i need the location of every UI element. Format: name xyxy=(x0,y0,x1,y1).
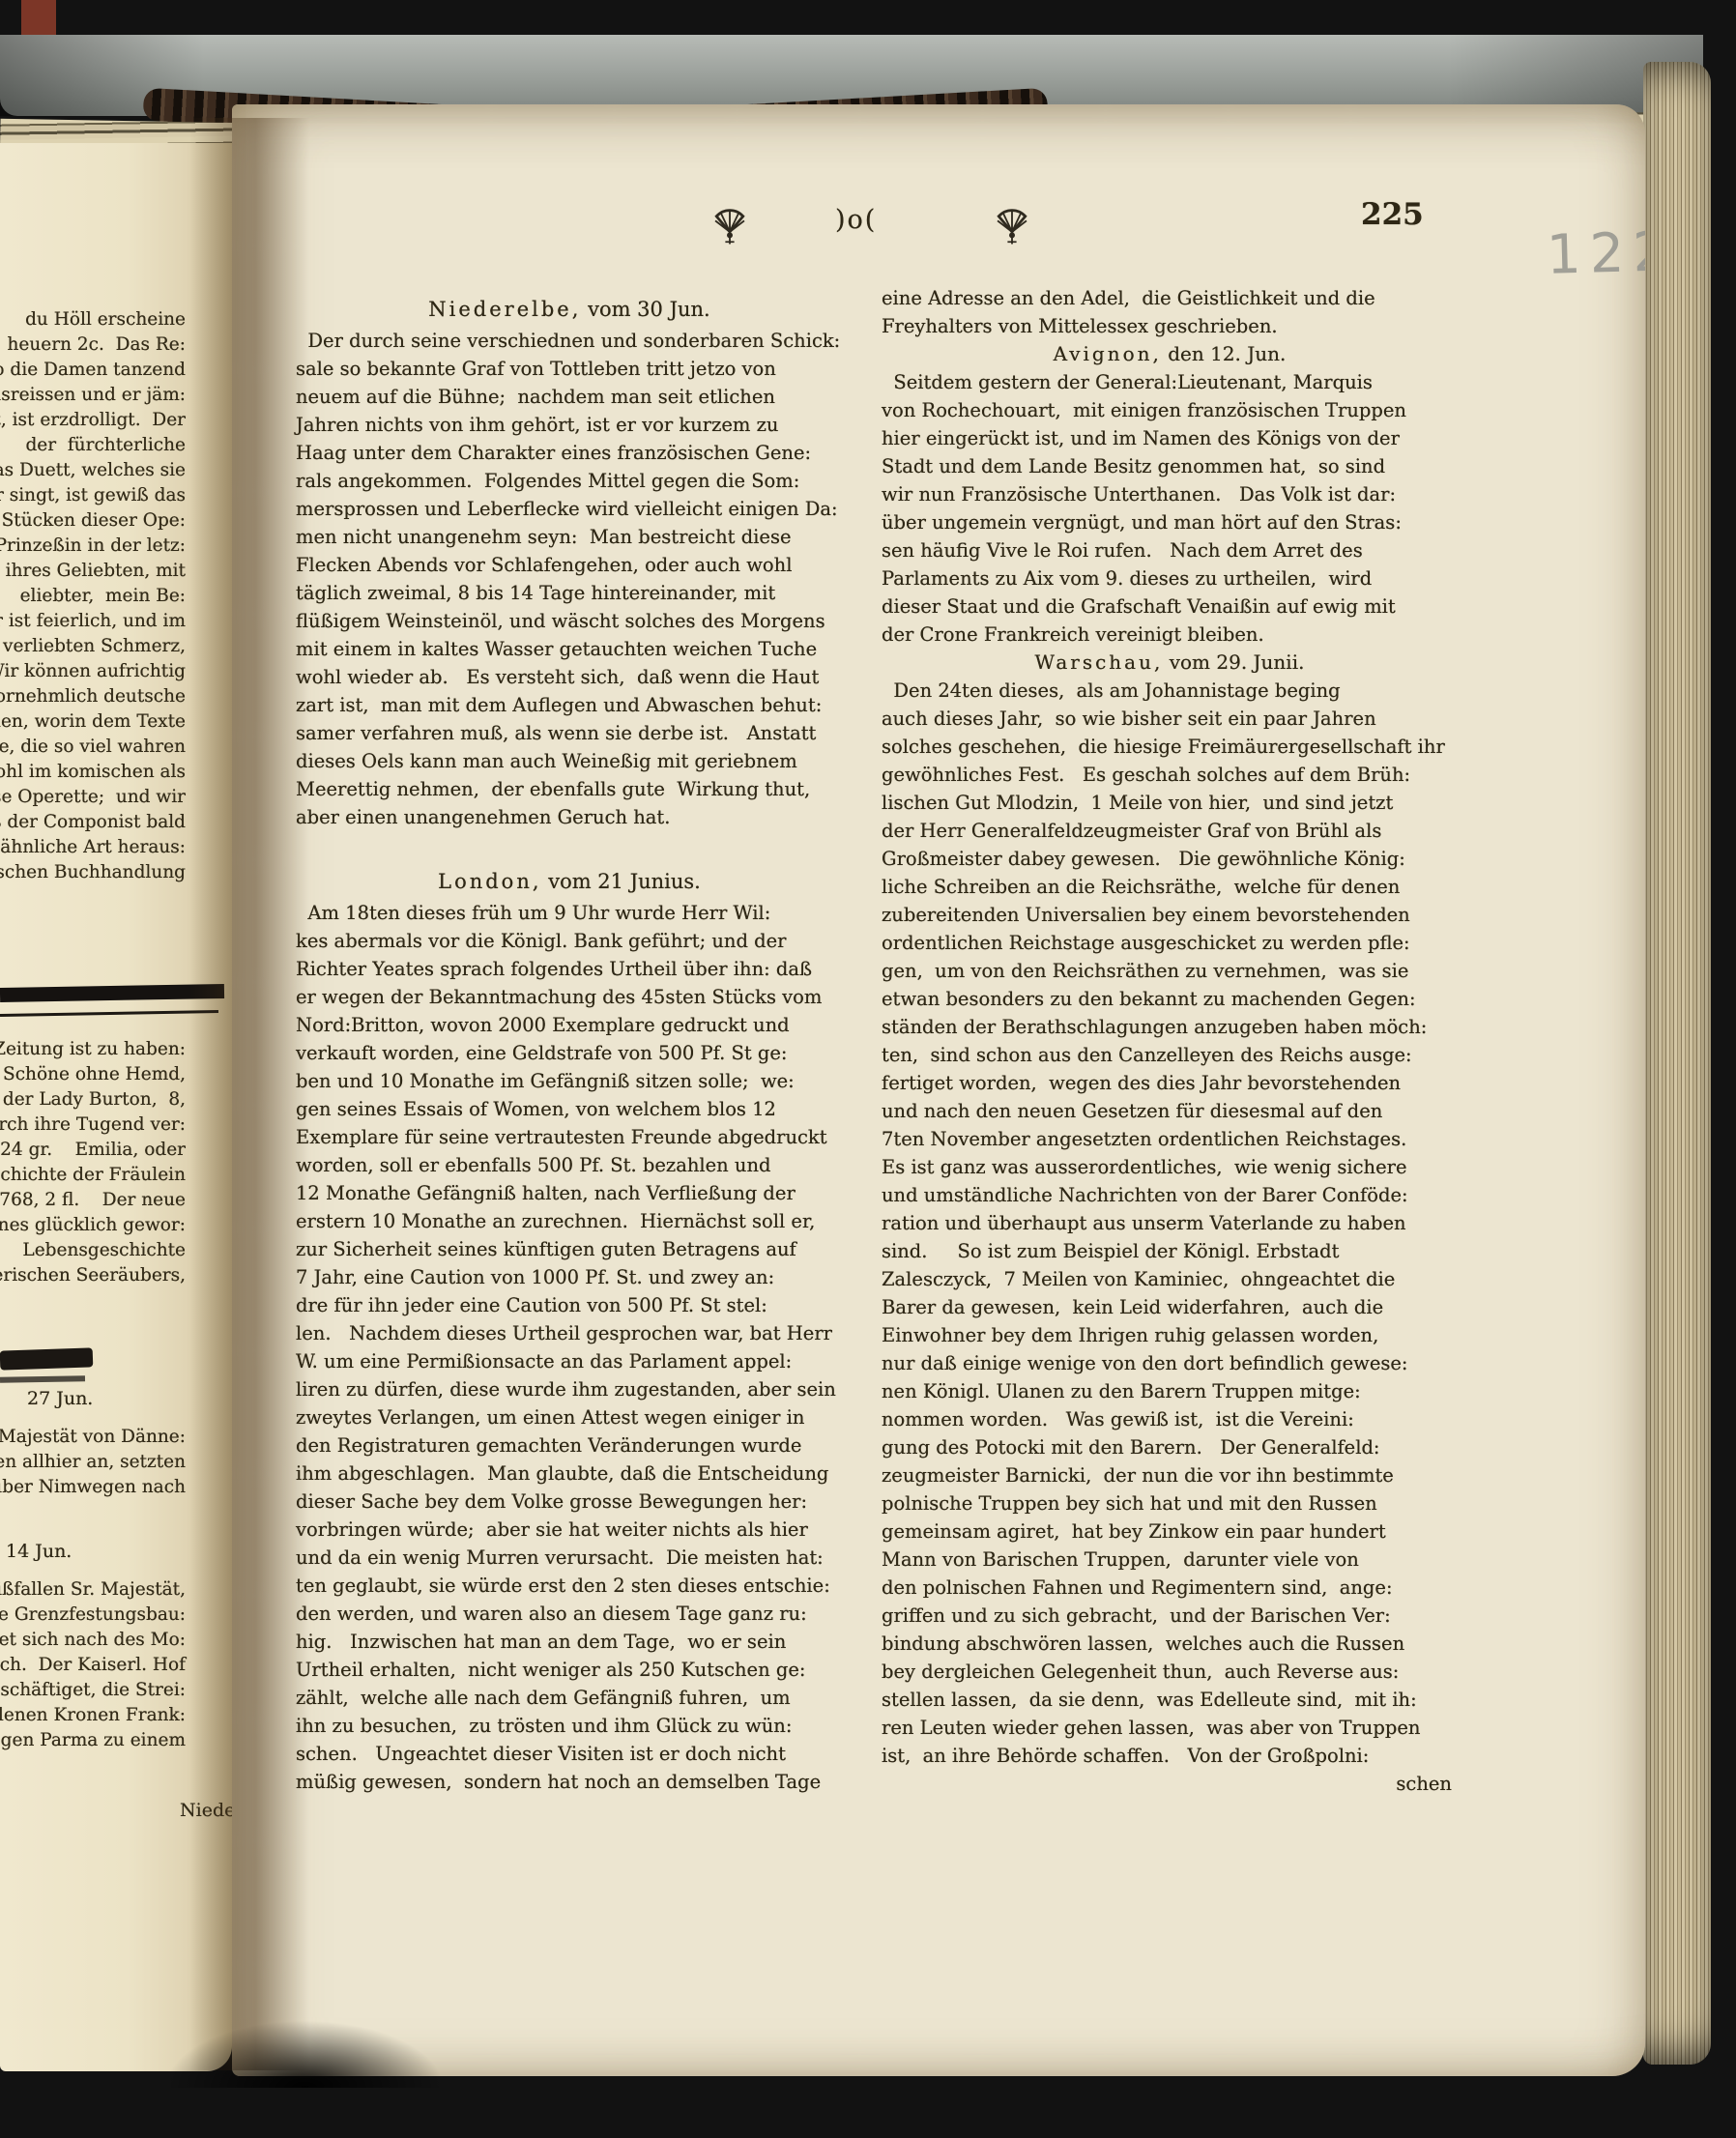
text-line: Den 24ten dieses, als am Johannistage be… xyxy=(882,677,1458,705)
text-line: eiet, ist erzdrolligt. Der xyxy=(0,408,186,433)
left-page-ad-block: r Zeitung ist zu haben:r die Schöne ohne… xyxy=(0,1037,186,1288)
text-line: solches geschehen, die hiesige Freimäure… xyxy=(882,733,1458,761)
text-line: sale so bekannte Graf von Tottleben trit… xyxy=(296,355,843,383)
text-line: Großmeister dabey gewesen. Die gewöhnlic… xyxy=(882,845,1458,873)
text-line: flüßigem Weinsteinöl, und wäscht solches… xyxy=(296,607,843,635)
text-line: der Crone Frankreich vereinigt bleiben. xyxy=(882,621,1458,649)
text-line: neuem auf die Bühne; nachdem man seit et… xyxy=(296,383,843,411)
text-line: nommen worden. Was gewiß ist, ist die Ve… xyxy=(882,1405,1458,1433)
dateline-date: den 12. Jun. xyxy=(1162,342,1287,365)
text-line: e Prinzeßin in der letz: xyxy=(0,534,186,559)
printer-shell-ornament-icon xyxy=(990,203,1034,247)
text-line: me ihres Geliebten, mit xyxy=(0,559,186,584)
text-line: daß der Componist bald xyxy=(0,810,186,835)
text-line: n eines glücklich gewor: xyxy=(0,1213,186,1238)
text-line: ten, sind schon aus den Canzelleyen des … xyxy=(882,1041,1458,1069)
dateline-14-jun: 14 Jun. xyxy=(6,1541,72,1562)
text-line: Exemplare für seine vertrautesten Freund… xyxy=(296,1123,843,1151)
dateline-place: Warschau, xyxy=(1035,650,1164,674)
text-line: findet sich nach des Mo: xyxy=(0,1628,186,1653)
text-line: Haag unter dem Charakter eines französis… xyxy=(296,439,843,467)
text-line: tter singt, ist gewiß das xyxy=(0,483,186,508)
text-line: len. Nachdem dieses Urtheil gesprochen w… xyxy=(296,1319,843,1347)
article-paragraph: Seitdem gestern der General:Lieutenant, … xyxy=(882,368,1458,649)
text-line: k beschäftiget, die Strei: xyxy=(0,1678,186,1703)
text-line: lgierischen Seeräubers, xyxy=(0,1263,186,1288)
text-line: der fürchterliche xyxy=(0,433,186,458)
text-line: Parlaments zu Aix vom 9. dieses zu urthe… xyxy=(882,564,1458,592)
text-line: ißfallen Sr. Majestät, xyxy=(0,1577,186,1603)
dateline-heading-london: London, vom 21 Junius. xyxy=(296,868,843,898)
text-line: Einwohner bey dem Ihrigen ruhig gelassen… xyxy=(882,1321,1458,1349)
text-line: müßig gewesen, sondern hat noch an demse… xyxy=(296,1768,843,1796)
text-line: 12 Monathe Gefängniß halten, nach Verfli… xyxy=(296,1179,843,1207)
scanned-book-photo: du Höll erscheineheuern 2c. Das Re:wo di… xyxy=(0,0,1736,2138)
text-line: or ist feierlich, und im xyxy=(0,609,186,634)
article-paragraph: Den 24ten dieses, als am Johannistage be… xyxy=(882,677,1458,1770)
text-line: en verliebten Schmerz, xyxy=(0,634,186,659)
text-line: zählt, welche alle nach dem Gefängniß fu… xyxy=(296,1684,843,1712)
text-line: l. Majestät von Dänne: xyxy=(0,1425,186,1450)
text-line: eliebter, mein Be: xyxy=(0,584,186,609)
text-line: Der durch seine verschiednen und sonderb… xyxy=(296,327,843,355)
text-line: den werden, und waren also an diesem Tag… xyxy=(296,1600,843,1628)
text-line: Meerettig nehmen, der ebenfalls gute Wir… xyxy=(296,775,843,803)
text-line: 4 gr. Lebensgeschichte xyxy=(0,1238,186,1263)
text-line: aber einen unangenehmen Geruch hat. xyxy=(296,803,843,831)
text-line: über ungemein vergnügt, und man hört auf… xyxy=(882,508,1458,536)
text-line: schen. Ungeachtet dieser Visiten ist er … xyxy=(296,1740,843,1768)
dateline-place: London, xyxy=(438,870,541,893)
text-line: das Duett, welches sie xyxy=(0,458,186,483)
book-fore-edge xyxy=(1643,62,1711,2065)
dateline-date: vom 30 Jun. xyxy=(581,298,709,321)
text-line: hig. Inzwischen hat man an dem Tage, wo … xyxy=(296,1628,843,1656)
text-line: den Registraturen gemachten Veränderunge… xyxy=(296,1431,843,1459)
text-line: Geschichte der Fräulein xyxy=(0,1163,186,1188)
text-line: iese Operette; und wir xyxy=(0,785,186,810)
text-line: griffen und zu sich gebracht, und der Ba… xyxy=(882,1602,1458,1630)
text-line: gewöhnliches Fest. Es geschah solches au… xyxy=(882,761,1458,789)
right-column: eine Adresse an den Adel, die Geistlichk… xyxy=(882,284,1458,1798)
text-line: dre für ihn jeder eine Caution von 500 P… xyxy=(296,1291,843,1319)
text-line: lsch. Der Kaiserl. Hof xyxy=(0,1653,186,1678)
text-line: ben und 10 Monathe im Gefängniß sitzen s… xyxy=(296,1067,843,1095)
text-line: heuern 2c. Das Re: xyxy=(0,332,186,358)
text-line: etwan besonders zu den bekannt zu machen… xyxy=(882,985,1458,1013)
text-line: Wir können aufrichtig xyxy=(0,659,186,684)
dateline-heading-avignon: Avignon, den 12. Jun. xyxy=(882,340,1458,368)
printer-shell-ornament-icon xyxy=(708,203,752,247)
current-page: )o( 225 122 Niederelbe, vom 30 Jun. Der … xyxy=(232,104,1645,2076)
text-line: er wegen der Bekanntmachung des 45sten S… xyxy=(296,983,843,1011)
text-line: nnen, worin dem Texte xyxy=(0,709,186,735)
text-line: wegen Parma zu einem xyxy=(0,1728,186,1753)
text-line: ständen der Berathschlagungen anzugeben … xyxy=(882,1013,1458,1041)
text-line: nen Königl. Ulanen zu den Barern Truppen… xyxy=(882,1377,1458,1405)
article-continuation: eine Adresse an den Adel, die Geistlichk… xyxy=(882,284,1458,340)
text-line: gen, um von den Reichsräthen zu vernehme… xyxy=(882,957,1458,985)
text-line: nur daß einige wenige von den dort befin… xyxy=(882,1349,1458,1377)
dateline-heading-warschau: Warschau, vom 29. Junii. xyxy=(882,649,1458,677)
text-line: wir nun Französische Unterthanen. Das Vo… xyxy=(882,480,1458,508)
text-line: ration und überhaupt aus unserm Vaterlan… xyxy=(882,1209,1458,1237)
text-line: bindung abschwören lassen, welches auch … xyxy=(882,1630,1458,1658)
dateline-heading-niederelbe: Niederelbe, vom 30 Jun. xyxy=(296,296,843,326)
dateline-27-jun: 27 Jun. xyxy=(27,1388,93,1409)
text-line: wohl wieder ab. Es versteht sich, daß we… xyxy=(296,663,843,691)
text-line: Stadt und dem Lande Besitz genommen hat,… xyxy=(882,452,1458,480)
text-line: dieser Staat und die Grafschaft Venaißin… xyxy=(882,592,1458,621)
text-line: polnische Truppen bey sich hat und mit d… xyxy=(882,1489,1458,1517)
text-line: bey dergleichen Gelegenheit thun, auch R… xyxy=(882,1658,1458,1686)
text-line: hier eingerückt ist, und im Namen des Kö… xyxy=(882,424,1458,452)
text-line: wo die Damen tanzend xyxy=(0,358,186,383)
text-line: nit denen Kronen Frank: xyxy=(0,1703,186,1728)
text-line: von Rochechouart, mit einigen französisc… xyxy=(882,396,1458,424)
dateline-place: Avignon, xyxy=(1054,342,1162,365)
text-line: sowohl im komischen als xyxy=(0,760,186,785)
text-line: ordentlichen Reichstage ausgeschicket zu… xyxy=(882,929,1458,957)
text-line: rische Grenzfestungsbau: xyxy=(0,1603,186,1628)
text-line: zweytes Verlangen, um einen Attest wegen… xyxy=(296,1403,843,1431)
text-line: 768, 2 fl. Der neue xyxy=(0,1188,186,1213)
text-line: liren zu dürfen, diese wurde ihm zugesta… xyxy=(296,1375,843,1403)
text-line: e der Lady Burton, 8, xyxy=(0,1087,186,1112)
text-line: Flecken Abends vor Schlafengehen, oder a… xyxy=(296,551,843,579)
section-divider-rule xyxy=(0,1010,218,1017)
left-page-news-block-b: ißfallen Sr. Majestät,rische Grenzfestun… xyxy=(0,1577,186,1753)
text-line: gemeinsam agiret, hat bey Zinkow ein paa… xyxy=(882,1517,1458,1546)
text-line: ausreissen und er jäm: xyxy=(0,383,186,408)
text-line: mit einem in kaltes Wasser getauchten we… xyxy=(296,635,843,663)
text-line: Urtheil erhalten, nicht weniger als 250 … xyxy=(296,1656,843,1684)
text-line: vorbringen würde; aber sie hat weiter ni… xyxy=(296,1516,843,1544)
text-line: den polnischen Fahnen und Regimentern si… xyxy=(882,1574,1458,1602)
text-line: Kanten allhier an, setzten xyxy=(0,1450,186,1475)
article-paragraph: Der durch seine verschiednen und sonderb… xyxy=(296,327,843,831)
text-line: stellen lassen, da sie denn, was Edelleu… xyxy=(882,1686,1458,1714)
text-line: dieser Sache bey dem Volke grosse Bewegu… xyxy=(296,1488,843,1516)
text-line: 7ten November angesetzten ordentlichen R… xyxy=(882,1125,1458,1153)
text-line: Seitdem gestern der General:Lieutenant, … xyxy=(882,368,1458,396)
text-line: se über Nimwegen nach xyxy=(0,1475,186,1500)
text-line: ihm abgeschlagen. Man glaubte, daß die E… xyxy=(296,1459,843,1488)
text-line: 7 Jahr, eine Caution von 1000 Pf. St. un… xyxy=(296,1263,843,1291)
dateline-place: Niederelbe, xyxy=(428,298,581,321)
text-line: zubereitenden Universalien bey einem bev… xyxy=(882,901,1458,929)
text-line: Freyhalters von Mittelessex geschrieben. xyxy=(882,312,1458,340)
header-center-mark: )o( xyxy=(835,205,877,235)
text-line: und da ein wenig Murren verursacht. Die … xyxy=(296,1544,843,1572)
text-line: ten geglaubt, sie würde erst den 2 sten … xyxy=(296,1572,843,1600)
text-line: sen häufig Vive le Roi rufen. Nach dem A… xyxy=(882,536,1458,564)
previous-page: du Höll erscheineheuern 2c. Das Re:wo di… xyxy=(0,143,232,2071)
text-line: men nicht unangenehm seyn: Man bestreich… xyxy=(296,523,843,551)
text-line: ihn zu besuchen, zu trösten und ihm Glüc… xyxy=(296,1712,843,1740)
text-line: fertiget worden, wegen des dies Jahr bev… xyxy=(882,1069,1458,1097)
ink-smudge-bar xyxy=(0,1347,93,1370)
text-line: gen seines Essais of Women, von welchem … xyxy=(296,1095,843,1123)
text-line: täglich zweimal, 8 bis 14 Tage hinterein… xyxy=(296,579,843,607)
text-line: Mann von Barischen Truppen, darunter vie… xyxy=(882,1546,1458,1574)
left-page-fragment-block: du Höll erscheineheuern 2c. Das Re:wo di… xyxy=(0,307,186,885)
text-line: Barer da gewesen, kein Leid widerfahren,… xyxy=(882,1293,1458,1321)
text-line: samer verfahren muß, als wenn sie derbe … xyxy=(296,719,843,747)
page-number: 225 xyxy=(1361,197,1424,232)
text-line: auch dieses Jahr, so wie bisher seit ein… xyxy=(882,705,1458,733)
text-line: Nord:Britton, wovon 2000 Exemplare gedru… xyxy=(296,1011,843,1039)
dateline-date: vom 21 Junius. xyxy=(542,870,701,893)
text-line: zart ist, man mit dem Auflegen und Abwas… xyxy=(296,691,843,719)
text-line: eine Adresse an den Adel, die Geistlichk… xyxy=(882,284,1458,312)
text-line: ren Leuten wieder gehen lassen, was aber… xyxy=(882,1714,1458,1742)
text-line: zur Sicherheit seines künftigen guten Be… xyxy=(296,1235,843,1263)
text-line: , vornehmlich deutsche xyxy=(0,684,186,709)
text-line: r Zeitung ist zu haben: xyxy=(0,1037,186,1062)
text-line: du Höll erscheine xyxy=(0,307,186,332)
text-line: äre, die so viel wahren xyxy=(0,735,186,760)
text-line: r die Schöne ohne Hemd, xyxy=(0,1062,186,1087)
dateline-date: vom 29. Junii. xyxy=(1163,650,1304,674)
text-line: ie durch ihre Tugend ver: xyxy=(0,1112,186,1138)
text-line: dieses Oels kann man auch Weineßig mit g… xyxy=(296,747,843,775)
text-line: mersprossen und Leberflecke wird viellei… xyxy=(296,495,843,523)
text-line: nterschen Buchhandlung xyxy=(0,860,186,885)
section-divider-bar xyxy=(0,984,224,1002)
text-line: sind. So ist zum Beispiel der Königl. Er… xyxy=(882,1237,1458,1265)
pencil-folio-number: 122 xyxy=(1546,220,1645,286)
text-line: W. um eine Permißionsacte an das Parlame… xyxy=(296,1347,843,1375)
text-line: verkauft worden, eine Geldstrafe von 500… xyxy=(296,1039,843,1067)
ink-smudge-rule xyxy=(0,1375,85,1383)
text-line: en Stücken dieser Ope: xyxy=(0,508,186,534)
text-line: ist, an ihre Behörde schaffen. Von der G… xyxy=(882,1742,1458,1770)
text-line: worden, soll er ebenfalls 500 Pf. St. be… xyxy=(296,1151,843,1179)
text-line: Jahren nichts von ihm gehört, ist er vor… xyxy=(296,411,843,439)
text-line: gung des Potocki mit den Barern. Der Gen… xyxy=(882,1433,1458,1461)
text-line: Richter Yeates sprach folgendes Urtheil … xyxy=(296,955,843,983)
text-line: und nach den neuen Gesetzen für diesesma… xyxy=(882,1097,1458,1125)
text-line: und umständliche Nachrichten von der Bar… xyxy=(882,1181,1458,1209)
text-line: erstern 10 Monathe an zurechnen. Hiernäc… xyxy=(296,1207,843,1235)
text-line: 24 gr. Emilia, oder xyxy=(0,1138,186,1163)
text-line: Zalesczyck, 7 Meilen von Kaminiec, ohnge… xyxy=(882,1265,1458,1293)
text-line: der Herr Generalfeldzeugmeister Graf von… xyxy=(882,817,1458,845)
text-line: Am 18ten dieses früh um 9 Uhr wurde Herr… xyxy=(296,899,843,927)
text-line: uf ähnliche Art heraus: xyxy=(0,835,186,860)
left-page-news-block-a: l. Majestät von Dänne:Kanten allhier an,… xyxy=(0,1425,186,1500)
text-line: rals angekommen. Folgendes Mittel gegen … xyxy=(296,467,843,495)
text-line: lischen Gut Mlodzin, 1 Meile von hier, u… xyxy=(882,789,1458,817)
text-line: liche Schreiben an die Reichsräthe, welc… xyxy=(882,873,1458,901)
text-line: zeugmeister Barnicki, der nun die vor ih… xyxy=(882,1461,1458,1489)
text-line: kes abermals vor die Königl. Bank geführ… xyxy=(296,927,843,955)
article-paragraph: Am 18ten dieses früh um 9 Uhr wurde Herr… xyxy=(296,899,843,1796)
catchword: schen xyxy=(882,1770,1458,1798)
text-line: Es ist ganz was ausserordentliches, wie … xyxy=(882,1153,1458,1181)
